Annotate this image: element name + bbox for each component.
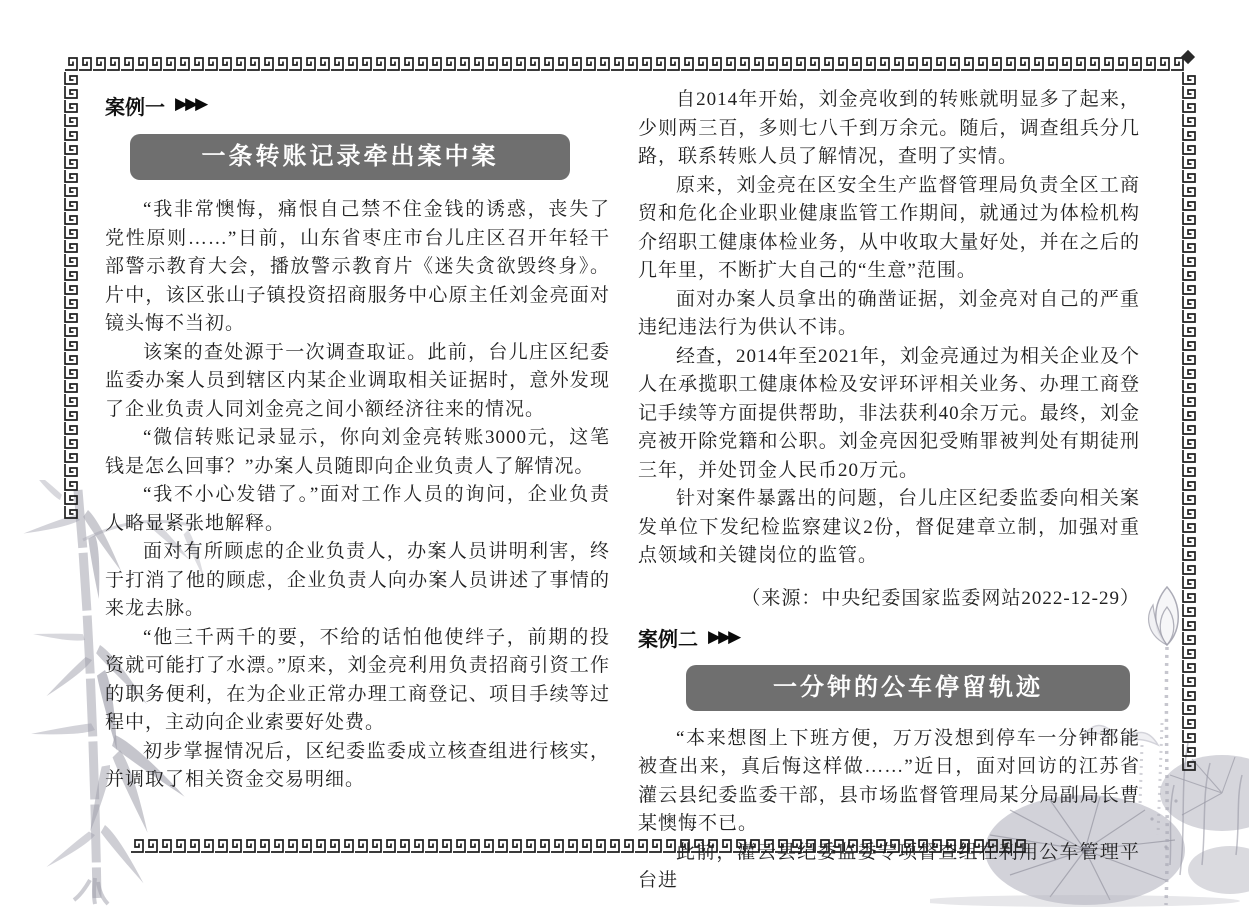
paragraph: 该案的查处源于一次调查取证。此前，台儿庄区纪委监委办案人员到辖区内某企业调取相关… [105,339,610,425]
paragraph: “微信转账记录显示，你向刘金亮转账3000元，这笔钱是怎么回事？”办案人员随即向… [105,424,610,481]
case1-left-text: “我非常懊悔，痛恨自己禁不住金钱的诱惑，丧失了党性原则……”日前，山东省枣庄市台… [105,196,610,795]
case2-label: 案例二 [638,623,698,652]
paragraph: 面对有所顾虑的企业负责人，办案人员讲明利害，终于打消了他的顾虑，企业负责人向办案… [105,538,610,624]
source-citation: （来源：中央纪委国家监委网站2022-12-29） [638,585,1140,613]
document-page: 案例一 ▶▶▶ 一条转账记录牵出案中案 “我非常懊悔，痛恨自己禁不住金钱的诱惑，… [0,0,1249,908]
case1-right-text: 自2014年开始，刘金亮收到的转账就明显多了起来，少则两三百，多则七八千到万余元… [638,86,1140,571]
case1-heading: 案例一 ▶▶▶ [105,92,610,118]
paragraph: 经查，2014年至2021年，刘金亮通过为相关企业及个人在承揽职工健康体检及安评… [638,343,1140,486]
right-column: 自2014年开始，刘金亮收到的转账就明显多了起来，少则两三百，多则七八千到万余元… [638,86,1140,896]
case2-heading: 案例二 ▶▶▶ [638,625,1140,651]
lotus-bud-watermark [1135,583,1199,908]
case2-text: “本来想图上下班方便，万万没想到停车一分钟都能被查出来，真后悔这样做……”近日，… [638,725,1140,896]
paragraph: 原来，刘金亮在区安全生产监督管理局负责全区工商贸和危化企业职业健康监管工作期间，… [638,172,1140,286]
triple-arrow-icon: ▶▶▶ [175,94,205,116]
left-column: 案例一 ▶▶▶ 一条转账记录牵出案中案 “我非常懊悔，痛恨自己禁不住金钱的诱惑，… [105,92,610,795]
paragraph: “我非常懊悔，痛恨自己禁不住金钱的诱惑，丧失了党性原则……”日前，山东省枣庄市台… [105,196,610,339]
paragraph: “本来想图上下班方便，万万没想到停车一分钟都能被查出来，真后悔这样做……”近日，… [638,725,1140,839]
triple-arrow-icon: ▶▶▶ [708,627,738,649]
paragraph: “我不小心发错了。”面对工作人员的询问，企业负责人略显紧张地解释。 [105,481,610,538]
case1-title-bar: 一条转账记录牵出案中案 [130,134,570,180]
paragraph: “他三千两千的要，不给的话怕他使绊子，前期的投资就可能打了水漂。”原来，刘金亮利… [105,624,610,738]
case2-title-bar: 一分钟的公车停留轨迹 [686,665,1130,711]
paragraph: 针对案件暴露出的问题，台儿庄区纪委监委向相关案发单位下发纪检监察建议2份，督促建… [638,485,1140,571]
paragraph: 初步掌握情况后，区纪委监委成立核查组进行核实，并调取了相关资金交易明细。 [105,738,610,795]
paragraph: 此前，灌云县纪委监委专项督查组在利用公车管理平台进 [638,839,1140,896]
paragraph: 面对办案人员拿出的确凿证据，刘金亮对自己的严重违纪违法行为供认不讳。 [638,286,1140,343]
paragraph: 自2014年开始，刘金亮收到的转账就明显多了起来，少则两三百，多则七八千到万余元… [638,86,1140,172]
case1-label: 案例一 [105,91,165,120]
